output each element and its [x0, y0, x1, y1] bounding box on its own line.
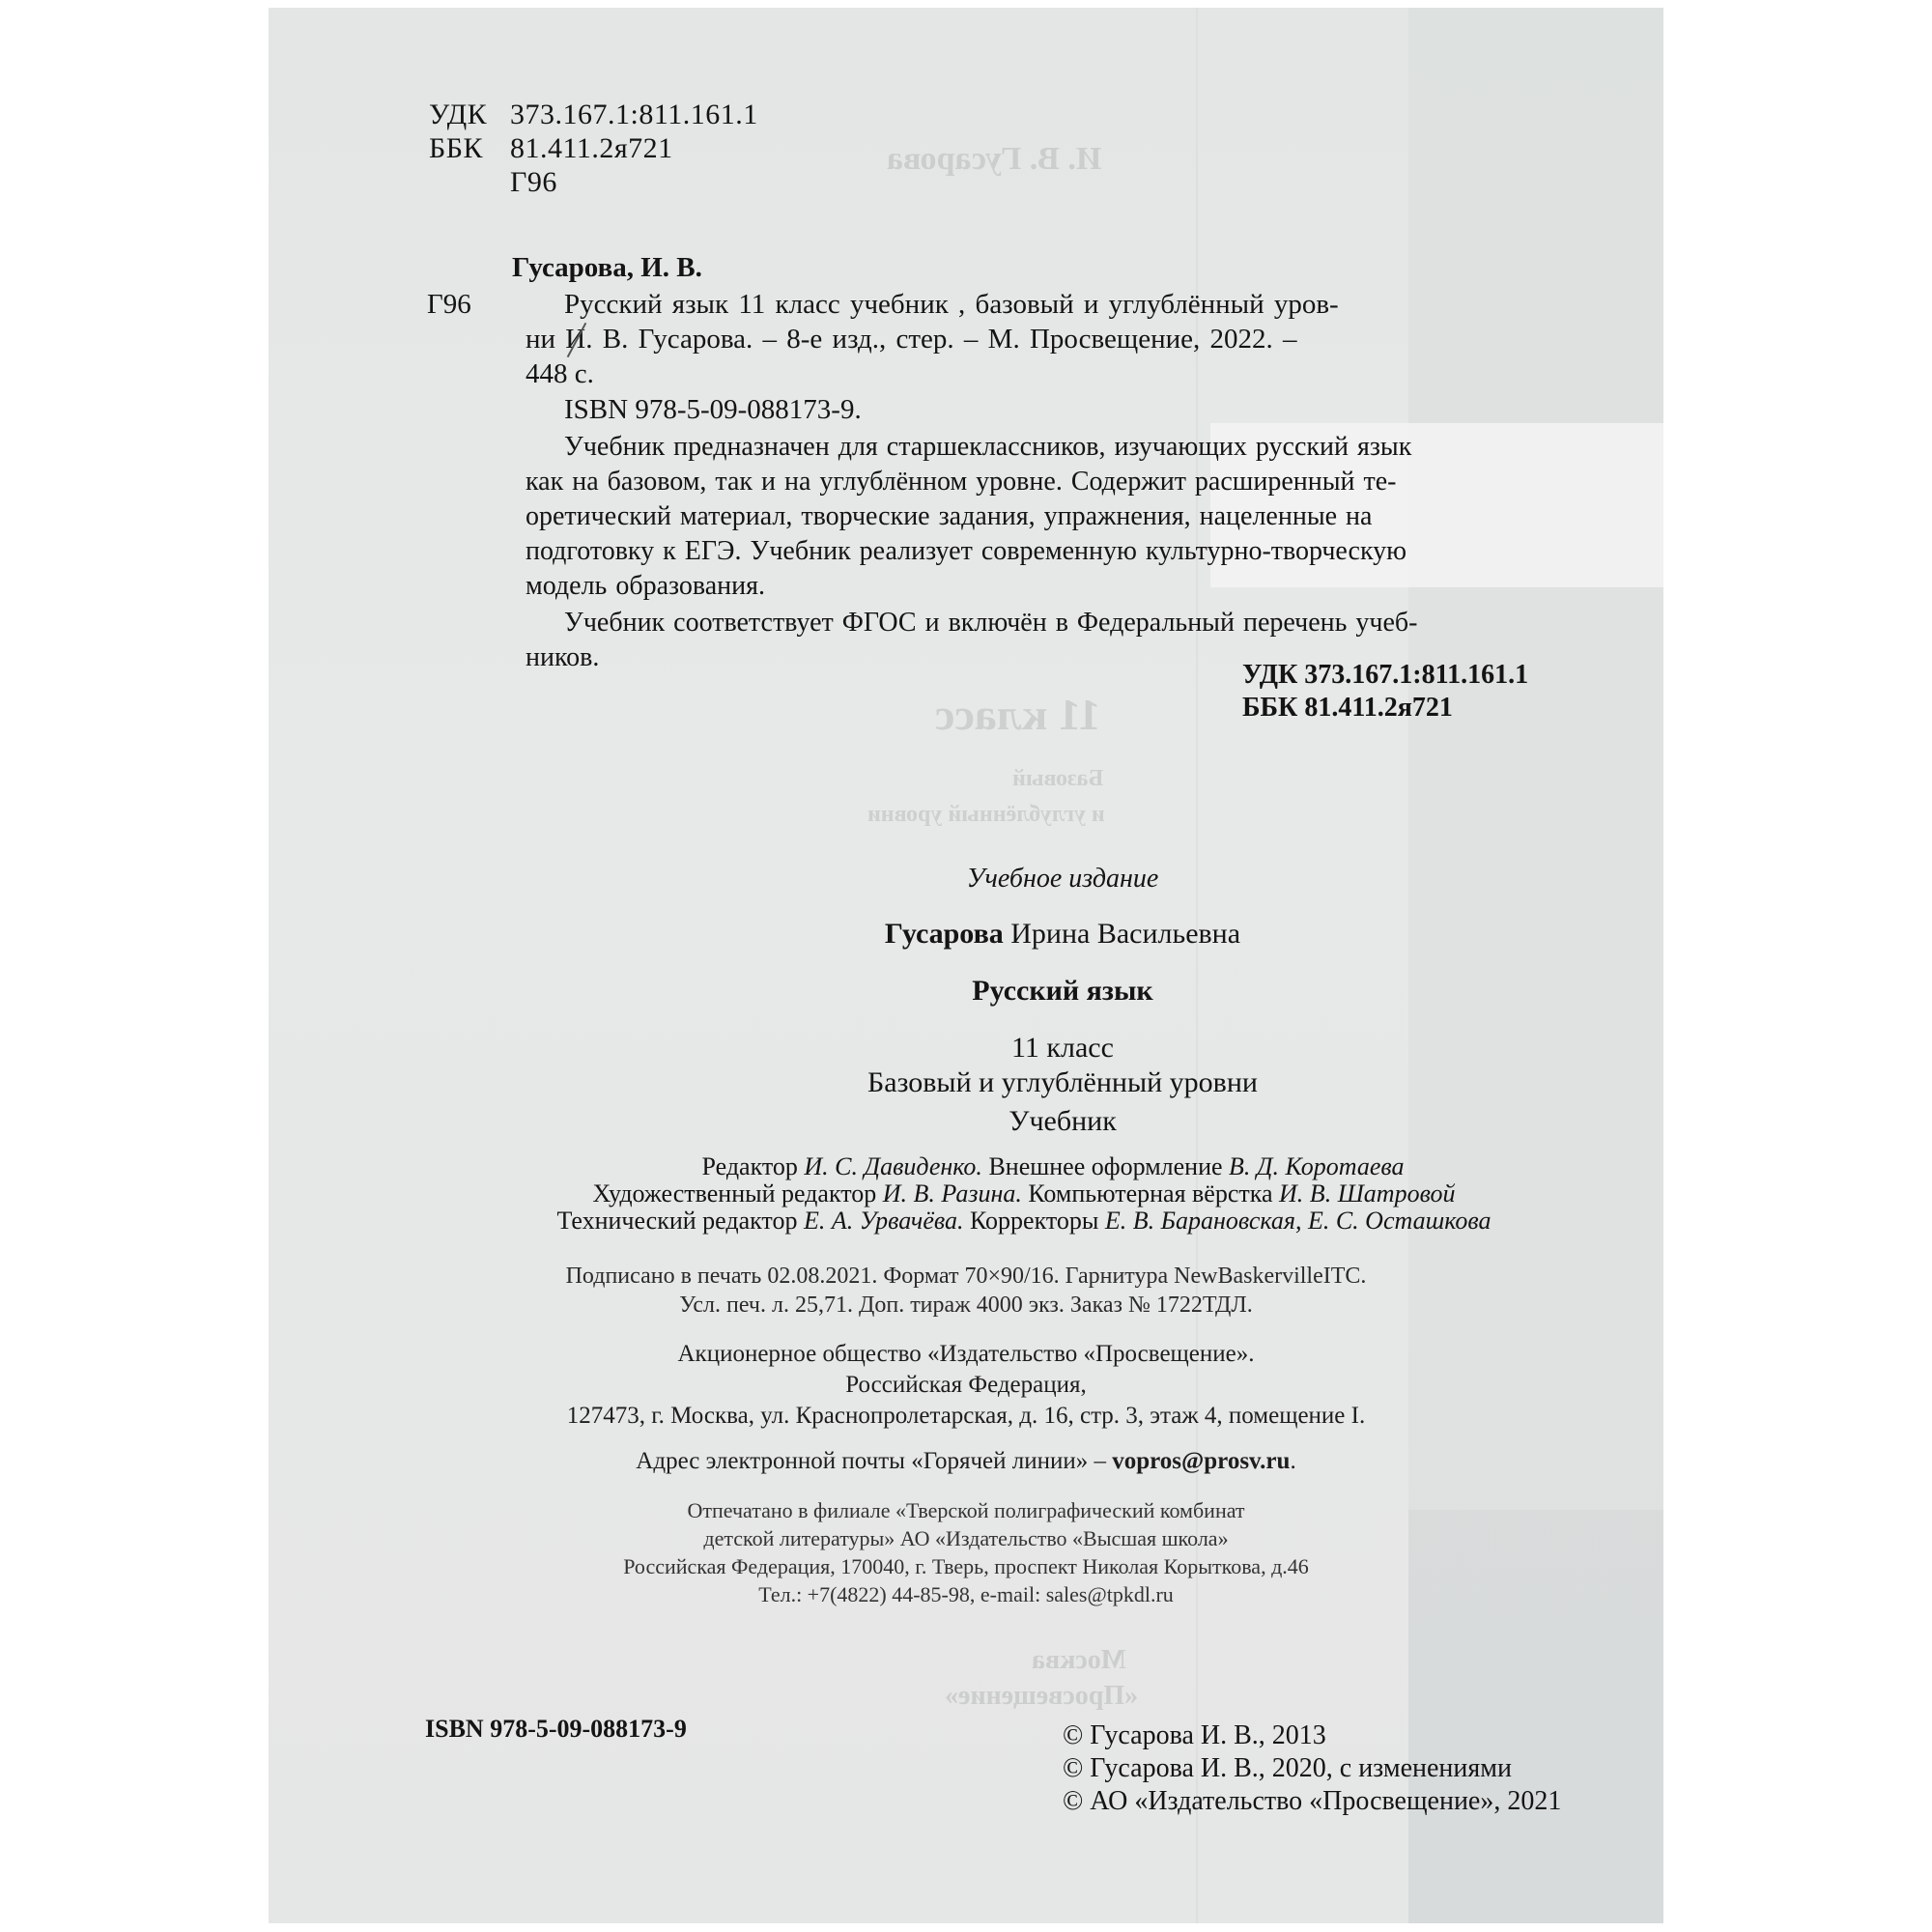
bleed-through-level: Базовый	[1012, 766, 1103, 792]
credit-line: Технический редактор Е. А. Урвачёва. Кор…	[269, 1208, 1663, 1234]
hotline-label: Адрес электронной почты «Горячей линии» …	[636, 1448, 1112, 1474]
bleed-through-author: И. В. Гусарова	[887, 141, 1101, 178]
print-info-line: Подписано в печать 02.08.2021. Формат 70…	[386, 1264, 1546, 1288]
credit-role: Технический редактор	[556, 1207, 803, 1235]
credit-role: Внешнее оформление	[982, 1152, 1229, 1180]
bib-line-3: 448 с.	[526, 360, 594, 388]
edition-type: Учебное издание	[676, 866, 1449, 893]
credit-line: Редактор И. С. Давиденко. Внешнее оформл…	[269, 1154, 1663, 1179]
edition-author: Гусарова Ирина Васильевна	[676, 920, 1449, 949]
imprint-page: И. В. Гусарова 11 класс Базовый и углубл…	[269, 8, 1663, 1923]
copyright-line: © Гусарова И. В., 2020, с изменениями	[1063, 1755, 1512, 1782]
bbk-value: 81.411.2я721	[510, 134, 673, 163]
credit-line: Художественный редактор И. В. Разина. Ко…	[269, 1181, 1663, 1207]
bleed-through-level: и углублённый уровни	[867, 802, 1105, 828]
credit-person: Е. А. Урвачёва.	[804, 1207, 964, 1235]
hotline-period: .	[1290, 1448, 1295, 1474]
printer-line: Отпечатано в филиале «Тверской полиграфи…	[386, 1500, 1546, 1521]
credit-role: Редактор	[702, 1152, 805, 1180]
bbk-label: ББК	[429, 134, 483, 163]
author-given-names: Ирина Васильевна	[1010, 918, 1240, 950]
bib-margin-mark: Г96	[427, 291, 471, 319]
printer-line: Российская Федерация, 170040, г. Тверь, …	[386, 1556, 1546, 1577]
bib-line-1: Русский язык 11 класс учебник , базовый …	[564, 291, 1646, 319]
printer-line: детской литературы» АО «Издательство «Вы…	[386, 1528, 1546, 1549]
bleed-through-city: Москва	[1032, 1645, 1126, 1676]
annotation-line: оретический материал, творческие задания…	[526, 503, 1372, 530]
edition-kind: Учебник	[676, 1107, 1449, 1136]
udk-value: 373.167.1:811.161.1	[510, 100, 758, 129]
annotation-line: как на базовом, так и на углублённом уро…	[526, 469, 1397, 496]
edition-grade: 11 класс	[676, 1034, 1449, 1063]
credit-person: И. В. Шатровой	[1279, 1179, 1456, 1207]
footer-isbn: ISBN 978-5-09-088173-9	[425, 1717, 687, 1742]
bib-isbn: ISBN 978-5-09-088173-9.	[564, 396, 862, 424]
annotation-line: Учебник предназначен для старшекласснико…	[564, 434, 1411, 461]
publisher-address: 127473, г. Москва, ул. Краснопролетарска…	[386, 1404, 1546, 1428]
bleed-through-grade: 11 класс	[935, 689, 1100, 740]
author-mark: Г96	[510, 168, 557, 197]
hotline: Адрес электронной почты «Горячей линии» …	[386, 1449, 1546, 1473]
bleed-through-publisher: «Просвещение»	[945, 1681, 1138, 1712]
print-info-line: Усл. печ. л. 25,71. Доп. тираж 4000 экз.…	[386, 1293, 1546, 1317]
bib-line-2: ни И. В. Гусарова. – 8-е изд., стер. – М…	[526, 326, 1646, 354]
printer-contact: Тел.: +7(4822) 44-85-98, e-mail: sales@t…	[386, 1584, 1546, 1605]
edition-level: Базовый и углублённый уровни	[676, 1068, 1449, 1097]
annotation-line: подготовку к ЕГЭ. Учебник реализует совр…	[526, 538, 1406, 565]
copyright-line: © АО «Издательство «Просвещение», 2021	[1063, 1788, 1561, 1815]
credit-role: Корректоры	[964, 1207, 1105, 1235]
udk-label: УДК	[429, 100, 487, 129]
credit-person: И. В. Разина.	[883, 1179, 1022, 1207]
publisher-line: Акционерное общество «Издательство «Прос…	[386, 1342, 1546, 1366]
credit-role: Художественный редактор	[592, 1179, 882, 1207]
credit-role: Компьютерная вёрстка	[1022, 1179, 1279, 1207]
author-surname: Гусарова	[885, 918, 1004, 950]
publisher-line: Российская Федерация,	[386, 1373, 1546, 1397]
credit-person: Е. В. Барановская, Е. С. Осташкова	[1105, 1207, 1492, 1235]
edition-title: Русский язык	[676, 977, 1449, 1006]
annotation-line: ников.	[526, 644, 599, 671]
annotation-line: Учебник соответствует ФГОС и включён в Ф…	[564, 610, 1417, 637]
credit-person: И. С. Давиденко.	[804, 1152, 982, 1180]
bbk-bottom: ББК 81.411.2я721	[1242, 695, 1453, 722]
credit-person: В. Д. Коротаева	[1229, 1152, 1404, 1180]
hotline-email[interactable]: vopros@prosv.ru	[1112, 1448, 1290, 1474]
udk-bottom: УДК 373.167.1:811.161.1	[1242, 662, 1528, 689]
copyright-line: © Гусарова И. В., 2013	[1063, 1722, 1326, 1749]
bib-heading: Гусарова, И. В.	[512, 254, 702, 282]
annotation-line: модель образования.	[526, 573, 765, 600]
